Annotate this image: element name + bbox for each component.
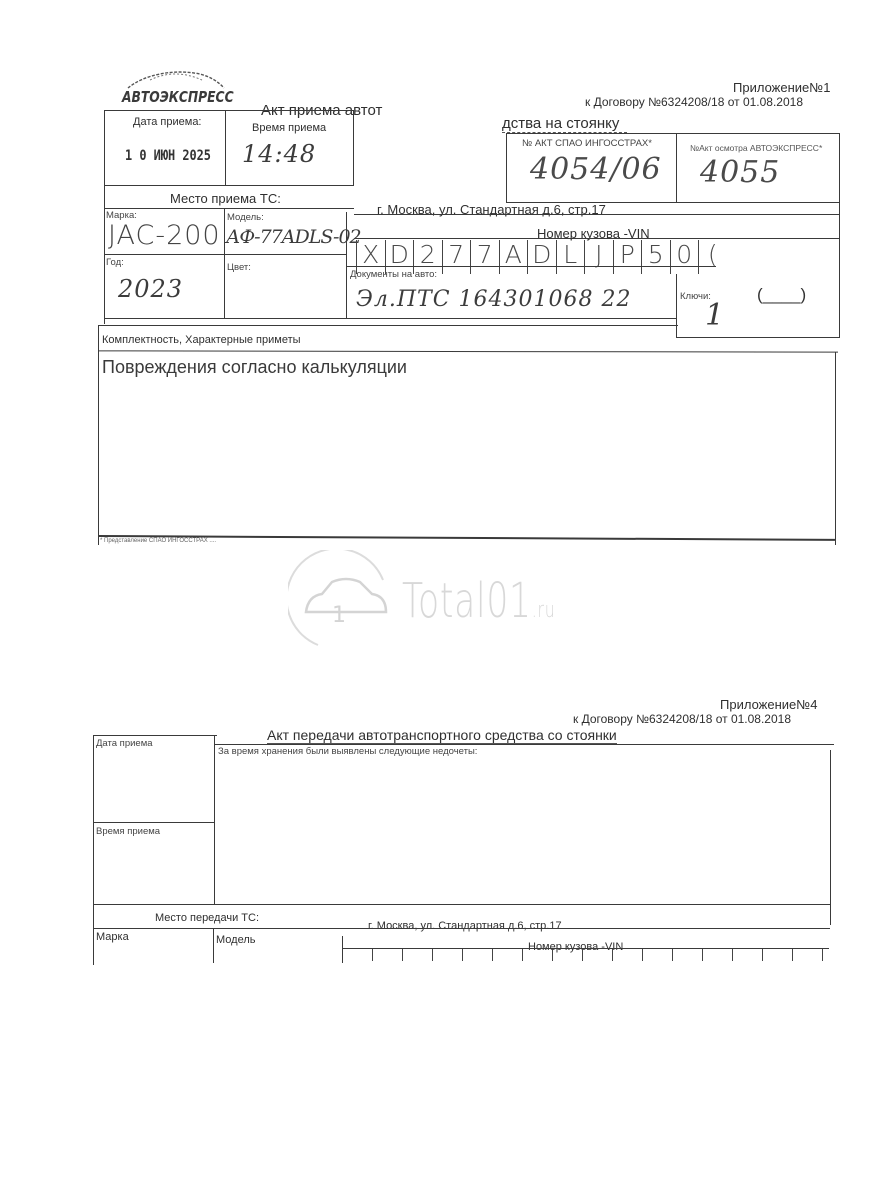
vin-cell-divider [672,949,673,961]
autoexpress-act-value: 4055 [700,155,780,190]
date-label: Дата приема: [133,116,202,128]
vin-char-cell: 7 [442,240,471,274]
watermark-suffix: .ru [532,598,556,623]
vin-cell-divider [732,949,733,961]
vin-cell-divider [612,949,613,961]
vin-char-cell: ( [698,240,727,274]
model-value: АФ-77ADLS-02 [226,226,361,248]
handover-place-value: г. Москва, ул. Стандартная д.6, стр.17 [368,920,562,932]
vin-char-cell: 5 [641,240,670,274]
color-label: Цвет: [227,262,251,273]
watermark-brand: Total01 [402,573,532,629]
vin-cell-divider [582,949,583,961]
vin-cell-divider [402,949,403,961]
handover-act-title: Акт передачи автотранспортного средства … [267,727,617,744]
vin-cell-divider [372,949,373,961]
vin-char-cell: 7 [470,240,499,274]
defects-label: За время хранения были выявлены следующи… [218,746,477,757]
handover-place-label: Место передачи ТС: [155,912,259,924]
model-label: Модель: [227,212,264,223]
date-stamp: 1 0 ИЮН 2025 [125,148,211,164]
car-logo-icon [120,68,230,90]
documents-label: Документы на авто: [350,269,437,280]
vin-cell-divider [762,949,763,961]
time-value: 14:48 [242,140,316,168]
brand-value: JAC-200 [108,220,221,251]
keys-extra: (____) [757,285,806,305]
features-value: Повреждения согласно калькуляции [102,357,407,378]
vin-char-cell: P [613,240,642,274]
vin-char-cell: A [499,240,528,274]
handover-brand-label: Марка [96,931,129,943]
year-value: 2023 [118,275,183,303]
time-label: Время приема [252,122,326,134]
features-label: Комплектность, Характерные приметы [102,334,301,346]
act-title-right: дства на стоянку [502,115,627,133]
place-label: Место приема ТС: [170,191,281,206]
vin-char-cell: 0 [670,240,699,274]
handover-date-label: Дата приема [96,738,153,749]
contract-reference: к Договору №6324208/18 от 01.08.2018 [585,95,803,109]
handover-time-label: Время приема [96,826,160,837]
vin-char-cell: L [556,240,585,274]
autoexpress-act-label: №Акт осмотра АВТОЭКСПРЕСС* [690,143,822,153]
vin-cell-divider [432,949,433,961]
appendix-number: Приложение№1 [733,80,830,95]
contract-reference-4: к Договору №6324208/18 от 01.08.2018 [573,712,791,726]
footnote: * Представление СПАО ИНГОССТРАХ .... [100,538,216,544]
ingos-act-label: № АКТ СПАО ИНГОССТРАХ* [522,138,652,149]
appendix-number-4: Приложение№4 [720,697,817,712]
keys-value: 1 [705,298,725,333]
logo-text: АВТОЭКСПРЕСС [122,88,234,106]
car-circle-icon: 1 [288,550,398,660]
documents-value: Эл.ПТС 164301068 22 [356,287,631,312]
vin-cell-divider [492,949,493,961]
vin-char-cell: D [527,240,556,274]
ingos-act-value: 4054/06 [530,152,662,187]
vin-cell-divider [642,949,643,961]
year-label: Год: [106,257,124,268]
vin-cell-divider [792,949,793,961]
vin-cell-divider [702,949,703,961]
svg-text:1: 1 [332,603,346,628]
watermark-text: Total01.ru [402,573,555,629]
vin-empty-cells [342,949,829,961]
autoexpress-logo: АВТОЭКСПРЕСС [118,68,230,110]
vin-cell-divider [462,949,463,961]
vin-cell-divider [822,949,823,961]
handover-model-label: Модель [216,934,255,946]
vin-cell-divider [522,949,523,961]
vin-cell-divider [552,949,553,961]
vin-char-cell: J [584,240,613,274]
